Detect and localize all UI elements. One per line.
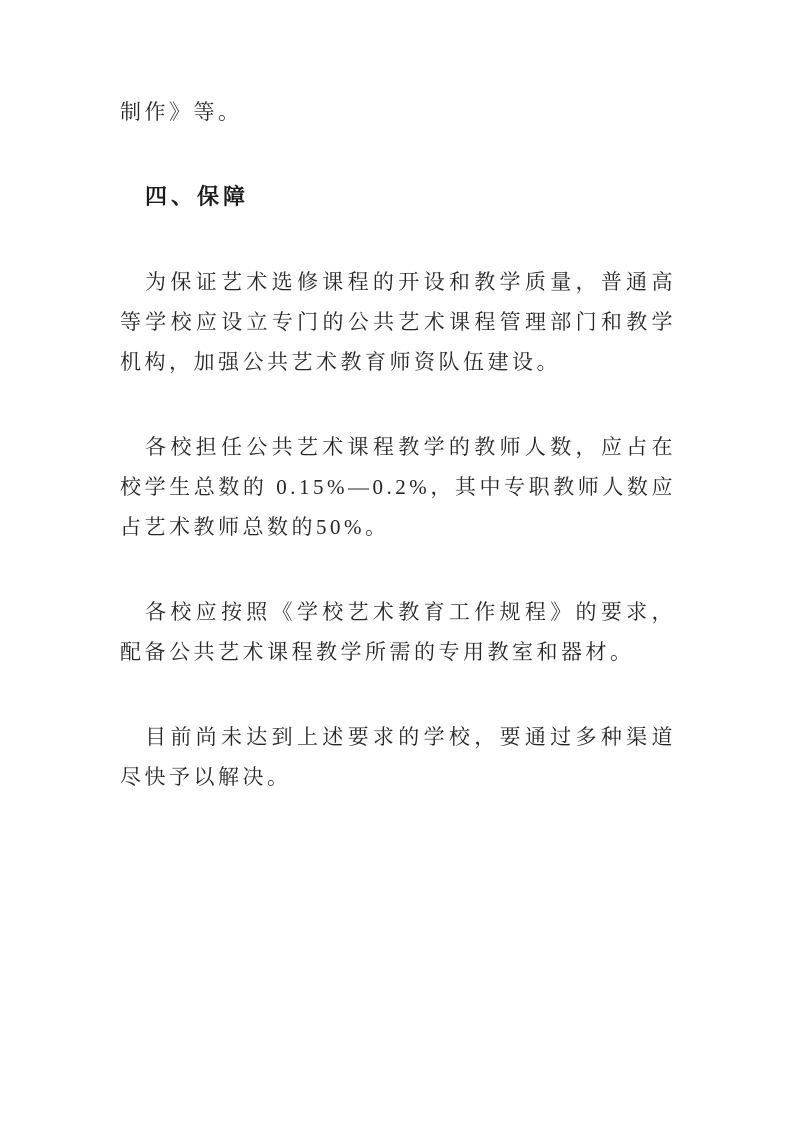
paragraph: 目前尚未达到上述要求的学校，要通过多种渠道尽快予以解决。 [120, 717, 676, 797]
paragraph-continuation: 制作》等。 [120, 92, 676, 132]
page-content: 制作》等。 四、保障 为保证艺术选修课程的开设和教学质量，普通高等学校应设立专门… [120, 92, 676, 842]
section-heading: 四、保障 [120, 177, 676, 217]
paragraph: 各校担任公共艺术课程教学的教师人数，应占在校学生总数的 0.15%—0.2%，其… [120, 427, 676, 547]
document-page: 制作》等。 四、保障 为保证艺术选修课程的开设和教学质量，普通高等学校应设立专门… [0, 0, 793, 1122]
paragraph: 为保证艺术选修课程的开设和教学质量，普通高等学校应设立专门的公共艺术课程管理部门… [120, 262, 676, 382]
paragraph: 各校应按照《学校艺术教育工作规程》的要求，配备公共艺术课程教学所需的专用教室和器… [120, 592, 676, 672]
